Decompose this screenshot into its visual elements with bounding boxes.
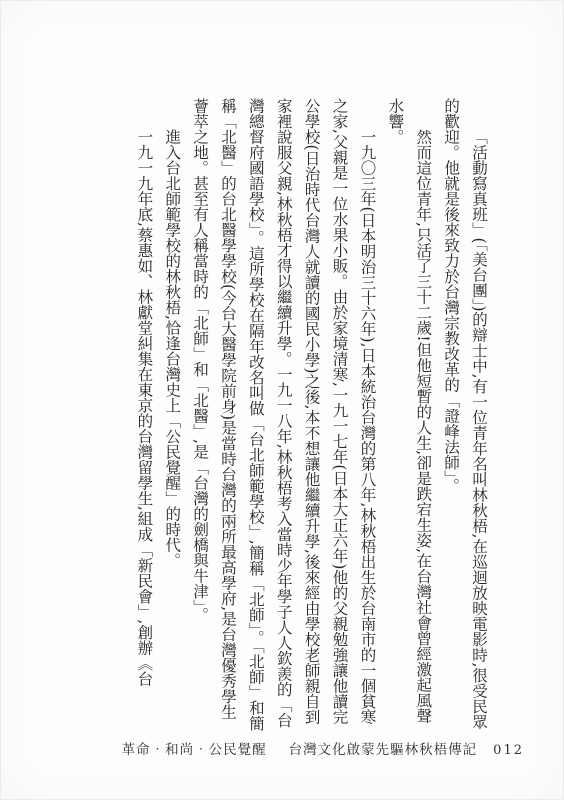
paragraph-birth-education: 一九〇三年(日本明治三十六年),日本統治台灣的第八年,林秋梧出生於台南市的一個貧…	[185, 98, 380, 732]
footer-page-number: 012	[493, 743, 524, 758]
paragraph-new-people-society: 一九一九年底,蔡惠如、林獻堂糾集在東京的台灣留學生,組成「新民會」,創辦《台	[129, 98, 157, 732]
book-page: 「活動寫真班」(「美台團」)的辯士中,有一位青年名叫林秋梧,在巡迴放映電影時,很…	[0, 0, 564, 800]
paragraph-short-life: 然而這位青年,只活了三十二歲!但他短暫的人生,卻是跌宕生姿,在台灣社會曾經激起風…	[380, 98, 436, 732]
footer-book-title: 台灣文化啟蒙先驅林秋梧傳記	[289, 738, 478, 758]
paragraph-intro-benshi: 「活動寫真班」(「美台團」)的辯士中,有一位青年名叫林秋梧,在巡迴放映電影時,很…	[436, 98, 492, 732]
page-footer: 革命‧和尚‧公民覺醒 台灣文化啟蒙先驅林秋梧傳記 012	[122, 738, 524, 758]
body-text: 「活動寫真班」(「美台團」)的辯士中,有一位青年名叫林秋梧,在巡迴放映電影時,很…	[129, 98, 492, 732]
paragraph-civic-awakening: 進入台北師範學校的林秋梧,恰逢台灣史上「公民覺醒」的時代。	[157, 98, 185, 732]
footer-series-title: 革命‧和尚‧公民覺醒	[122, 738, 267, 758]
